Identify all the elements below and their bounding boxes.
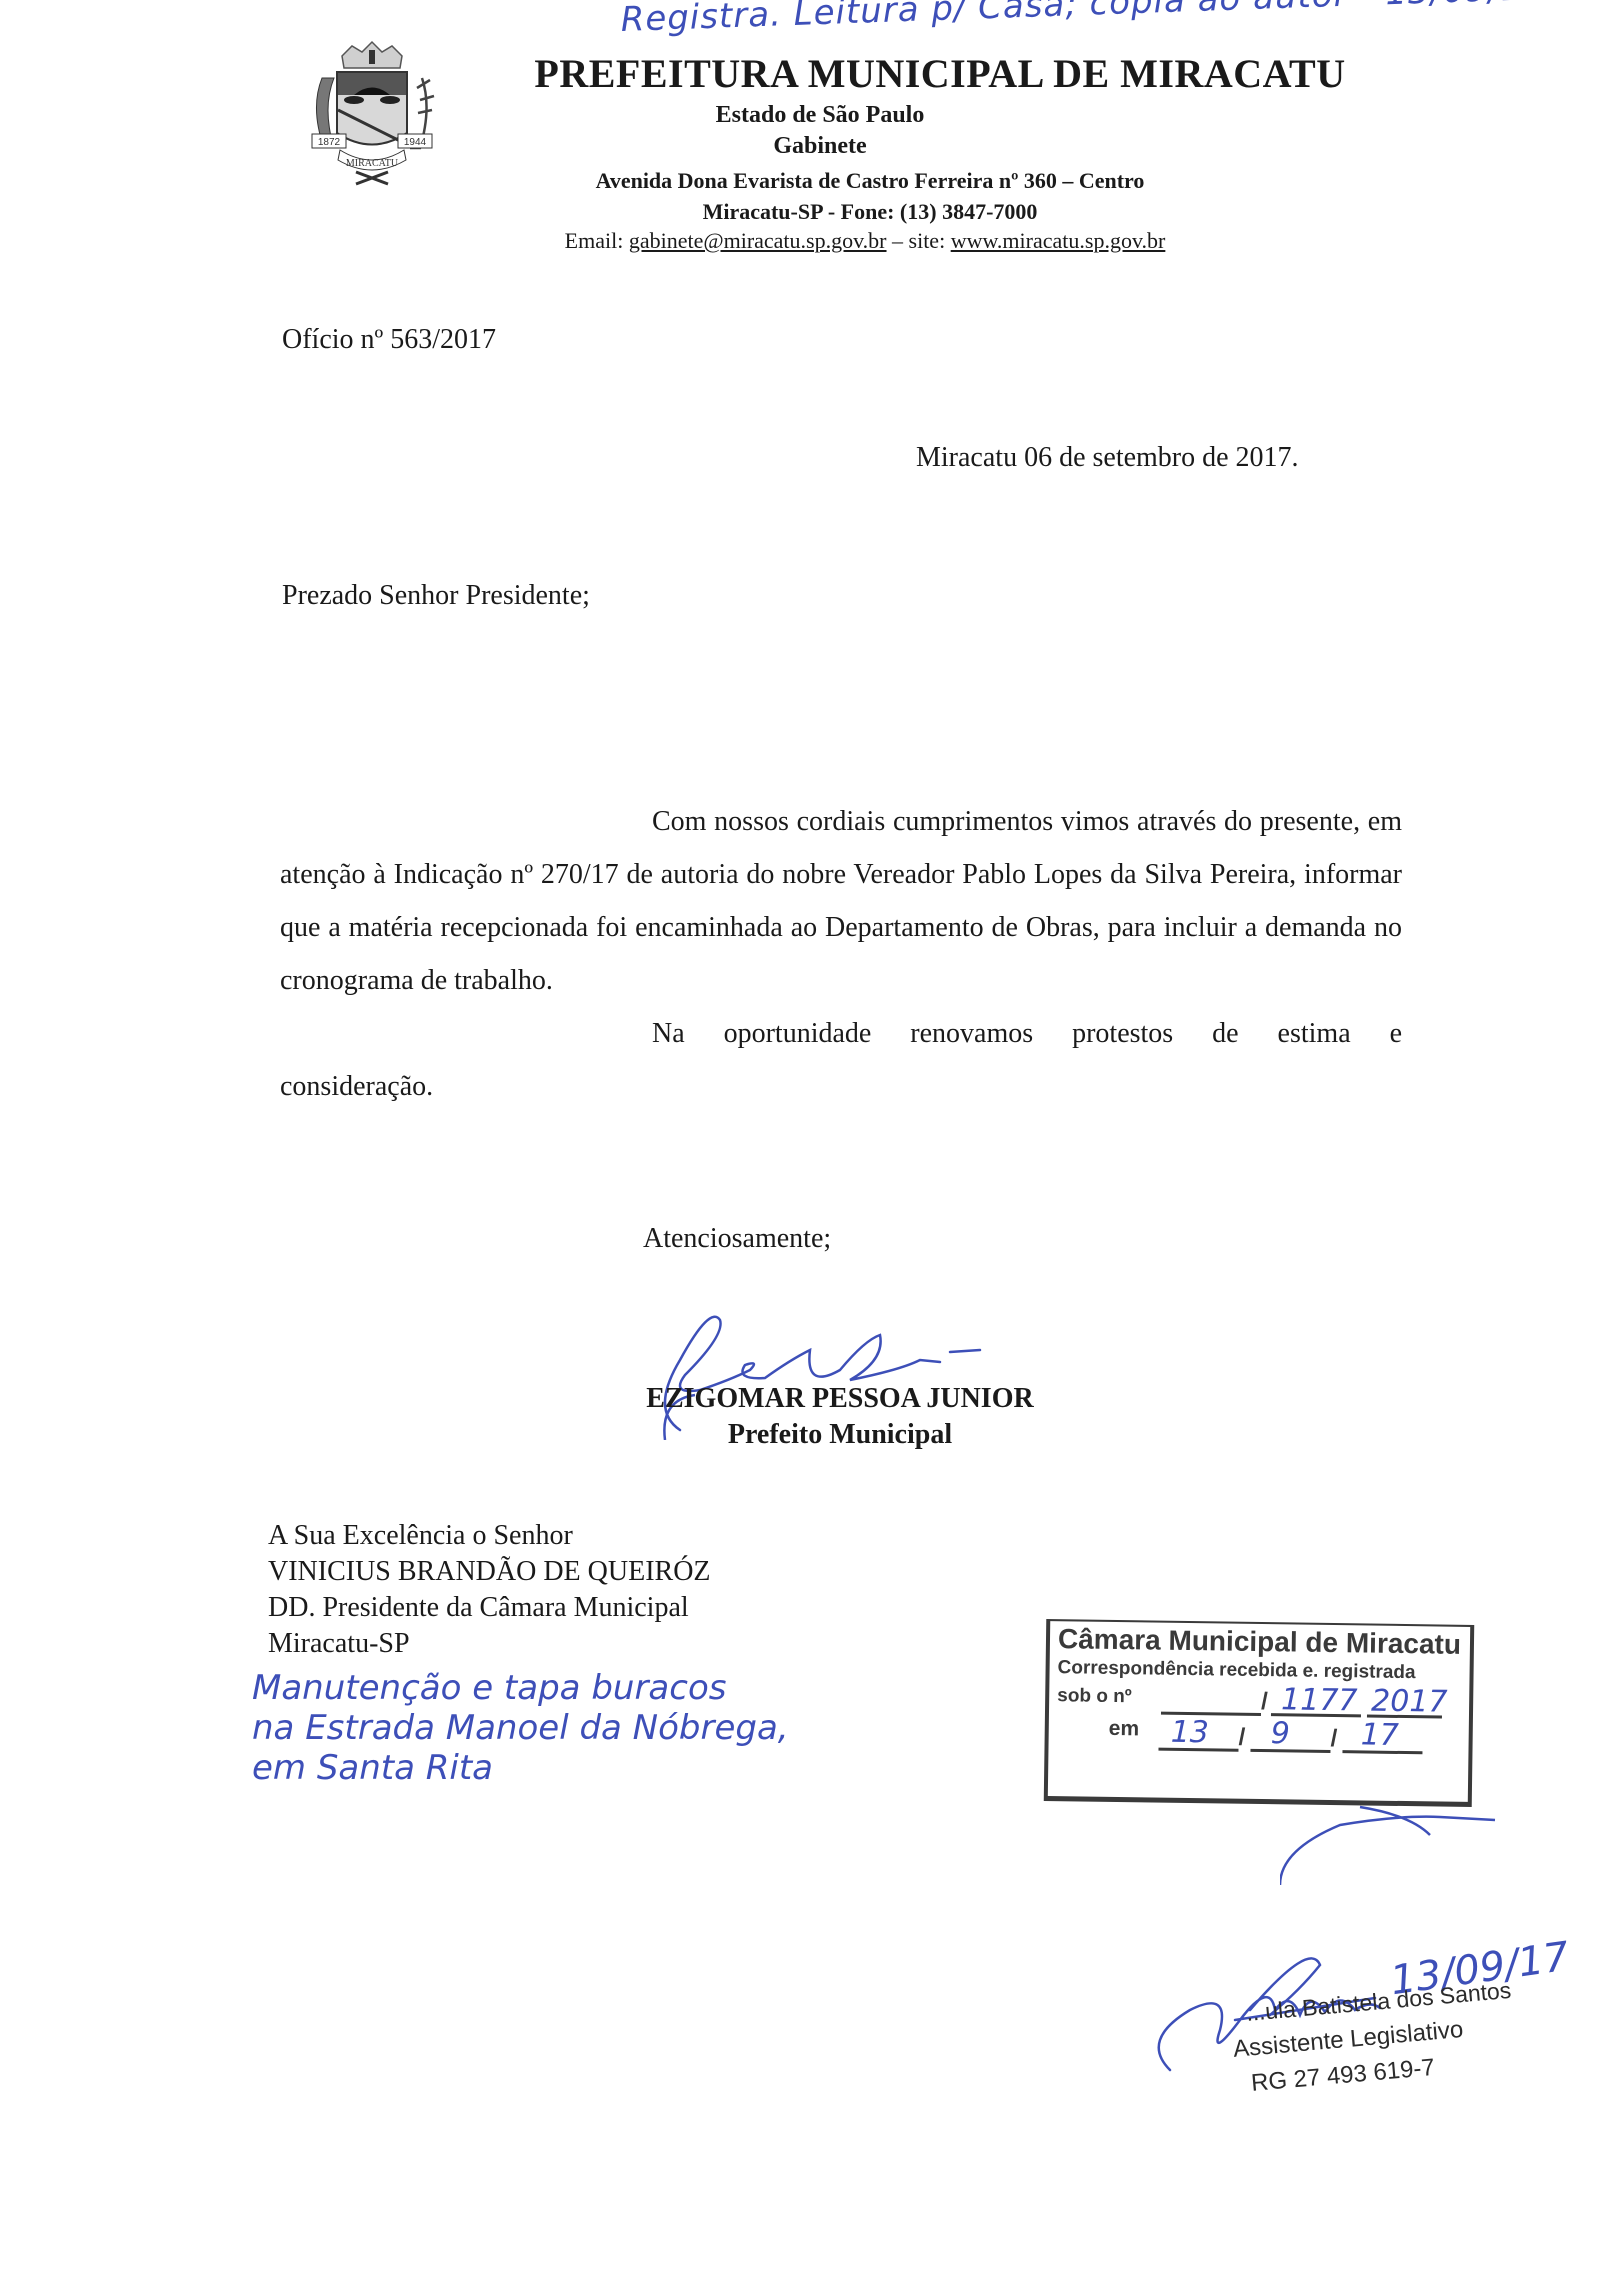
svg-text:1872: 1872 (318, 137, 341, 148)
organization-department: Gabinete (360, 133, 1280, 160)
paragraph-line: Na oportunidade renovamos protestos de e… (280, 1007, 1402, 1060)
email-label: Email: (565, 228, 629, 253)
handwritten-line: Manutenção e tapa buracos (252, 1668, 789, 1708)
website-link[interactable]: www.miracatu.sp.gov.br (951, 228, 1166, 253)
recipient-name: VINICIUS BRANDÃO DE QUEIRÓZ (268, 1554, 711, 1590)
organization-phone: Miracatu-SP - Fone: (13) 3847-7000 (410, 199, 1330, 225)
stamp-year-value: 2017 (1371, 1684, 1448, 1720)
organization-address: Avenida Dona Evarista de Castro Ferreira… (410, 168, 1330, 194)
reception-stamp: Câmara Municipal de Miracatu Correspondê… (1044, 1619, 1474, 1807)
signer-name: EZIGOMAR PESSOA JUNIOR (610, 1383, 1070, 1415)
stamp-number-value: 1177 (1281, 1682, 1358, 1718)
recipient-salutation: A Sua Excelência o Senhor (268, 1518, 711, 1554)
signer-title: Prefeito Municipal (610, 1419, 1070, 1451)
organization-state: Estado de São Paulo (360, 102, 1280, 129)
stamp-title: Câmara Municipal de Miracatu (1058, 1623, 1461, 1661)
recipient-role: DD. Presidente da Câmara Municipal (268, 1590, 711, 1626)
letter-date: Miracatu 06 de setembro de 2017. (916, 440, 1299, 476)
recipient-block: A Sua Excelência o Senhor VINICIUS BRAND… (268, 1518, 711, 1662)
stamp-number-label: sob o nº (1057, 1685, 1132, 1708)
receipt-block: 13/09/17 ...ula Batistela dos Santos Ass… (1150, 1900, 1550, 2130)
stamp-year-short: 17 (1360, 1717, 1399, 1753)
letter-greeting: Prezado Senhor Presidente; (282, 578, 590, 614)
stamp-day: 13 (1170, 1715, 1209, 1751)
letter-closing: Atenciosamente; (643, 1223, 831, 1255)
letter-paragraph-closing-remarks: Na oportunidade renovamos protestos de e… (280, 1007, 1402, 1113)
stamp-pen-stroke-icon (1280, 1795, 1510, 1885)
handwritten-subject-note: Manutenção e tapa buracos na Estrada Man… (252, 1668, 789, 1788)
site-label: – site: (887, 228, 951, 253)
paragraph-line: consideração. (280, 1060, 1402, 1113)
stamp-month: 9 (1270, 1716, 1290, 1751)
handwritten-line: na Estrada Manoel da Nóbrega, (252, 1708, 789, 1748)
handwritten-line: em Santa Rita (252, 1748, 789, 1788)
stamp-date-label: em (1109, 1717, 1140, 1741)
email-link[interactable]: gabinete@miracatu.sp.gov.br (629, 228, 887, 253)
organization-title: PREFEITURA MUNICIPAL DE MIRACATU (480, 50, 1400, 97)
stamp-subtitle: Correspondência recebida e. registrada (1057, 1657, 1415, 1684)
recipient-city: Miracatu-SP (268, 1626, 711, 1662)
organization-contact: Email: gabinete@miracatu.sp.gov.br – sit… (405, 228, 1325, 254)
letterhead: PREFEITURA MUNICIPAL DE MIRACATU Estado … (480, 0, 1400, 260)
letter-reference: Ofício nº 563/2017 (282, 322, 496, 358)
letter-paragraph: Com nossos cordiais cumprimentos vimos a… (280, 795, 1402, 1007)
